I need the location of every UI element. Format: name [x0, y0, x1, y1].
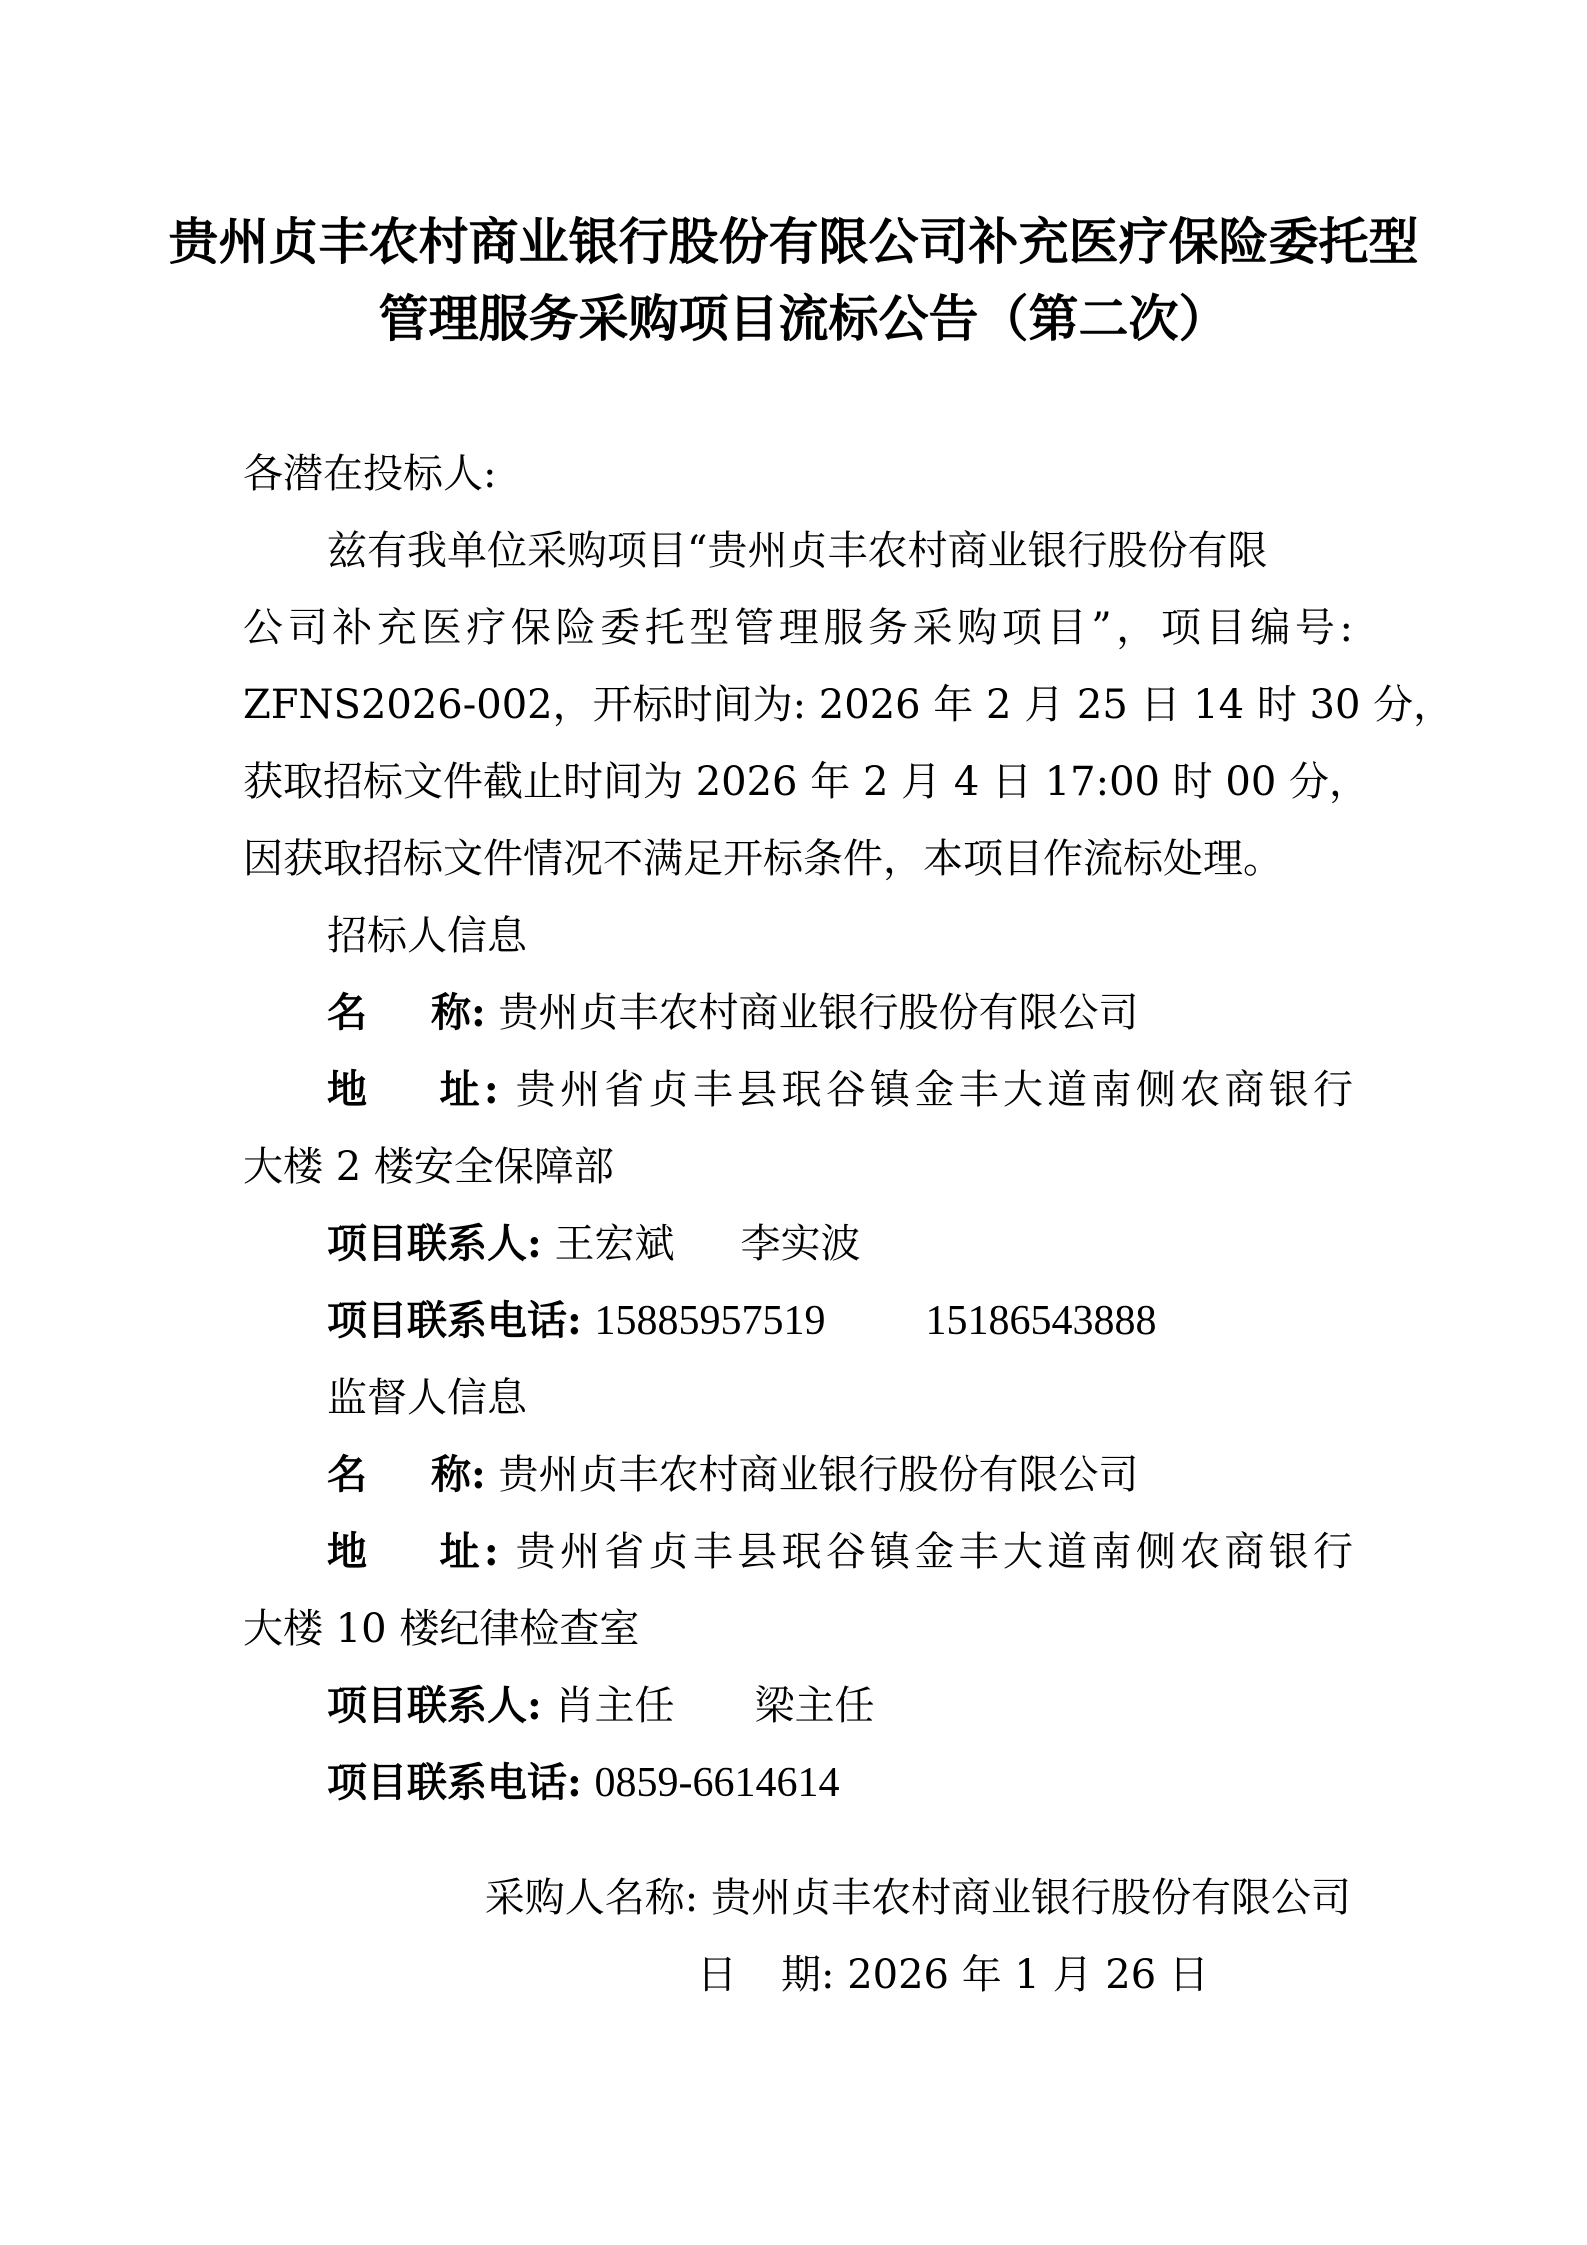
- purchaser-value: 贵州贞丰农村商业银行股份有限公司: [711, 1875, 1351, 1921]
- document-title-line-1: 贵州贞丰农村商业银行股份有限公司补充医疗保险委托型: [0, 212, 1587, 272]
- date-label-1: 日: [697, 1952, 737, 1998]
- tenderer-name-label-2: 称:: [431, 989, 486, 1036]
- tenderer-contacts-label: 项目联系人:: [327, 1220, 542, 1267]
- tenderer-contact-2: 李实波: [740, 1221, 860, 1267]
- tenderer-heading: 招标人信息: [327, 911, 527, 961]
- supervisor-contact-1: 肖主任: [554, 1683, 674, 1729]
- tenderer-phones-row: 项目联系电话: 1588595751915186543888: [327, 1296, 1156, 1346]
- tenderer-address-value-line-1: 贵州省贞丰县珉谷镇金丰大道南侧农商银行: [516, 1067, 1353, 1113]
- tenderer-address-label-1: 地: [327, 1066, 371, 1113]
- salutation: 各潜在投标人:: [243, 449, 496, 499]
- supervisor-address-row: 地址: 贵州省贞丰县珉谷镇金丰大道南侧农商银行: [327, 1527, 1353, 1577]
- tenderer-name-label-1: 名: [327, 989, 367, 1036]
- purchaser-label: 采购人名称:: [485, 1875, 698, 1921]
- tenderer-contacts-row: 项目联系人: 王宏斌李实波: [327, 1219, 860, 1269]
- tenderer-phone-2: 15186543888: [925, 1298, 1156, 1344]
- tenderer-phone-1: 15885957519: [594, 1298, 825, 1344]
- supervisor-address-value-line-1: 贵州省贞丰县珉谷镇金丰大道南侧农商银行: [516, 1529, 1353, 1575]
- tenderer-address-label-2: 址:: [435, 1066, 498, 1113]
- supervisor-name-label-1: 名: [327, 1451, 367, 1498]
- body-paragraph-line-2: 公司补充医疗保险委托型管理服务采购项目”，项目编号:: [243, 603, 1353, 653]
- supervisor-name-row: 名称: 贵州贞丰农村商业银行股份有限公司: [327, 1450, 1138, 1500]
- tenderer-address-row: 地址: 贵州省贞丰县珉谷镇金丰大道南侧农商银行: [327, 1065, 1353, 1115]
- supervisor-name-label-2: 称:: [431, 1451, 486, 1498]
- body-paragraph-line-4: 获取招标文件截止时间为 2026 年 2 月 4 日 17:00 时 00 分，: [243, 757, 1353, 807]
- tenderer-phones-label: 项目联系电话:: [327, 1297, 582, 1344]
- supervisor-name-value: 贵州贞丰农村商业银行股份有限公司: [498, 1452, 1138, 1498]
- date-value: 2026 年 1 月 26 日: [847, 1952, 1209, 1998]
- body-paragraph-line-1: 兹有我单位采购项目“贵州贞丰农村商业银行股份有限: [327, 526, 1267, 576]
- date-row: 日期: 2026 年 1 月 26 日: [697, 1950, 1209, 2000]
- date-label-2: 期:: [781, 1952, 834, 1998]
- supervisor-phones-row: 项目联系电话: 0859-6614614: [327, 1758, 839, 1808]
- tenderer-address-value-line-2: 大楼 2 楼安全保障部: [243, 1142, 614, 1192]
- tenderer-name-value: 贵州贞丰农村商业银行股份有限公司: [498, 990, 1138, 1036]
- supervisor-address-label-2: 址:: [435, 1528, 498, 1575]
- body-paragraph-line-3: ZFNS2026-002，开标时间为: 2026 年 2 月 25 日 14 时…: [243, 680, 1353, 730]
- supervisor-address-label-1: 地: [327, 1528, 371, 1575]
- supervisor-phone-1: 0859-6614614: [594, 1760, 839, 1806]
- purchaser-row: 采购人名称: 贵州贞丰农村商业银行股份有限公司: [485, 1873, 1351, 1923]
- tenderer-name-row: 名称: 贵州贞丰农村商业银行股份有限公司: [327, 988, 1138, 1038]
- document-title-line-2: 管理服务采购项目流标公告（第二次）: [0, 289, 1587, 349]
- supervisor-contact-2: 梁主任: [754, 1683, 874, 1729]
- tenderer-contact-1: 王宏斌: [554, 1221, 674, 1267]
- supervisor-heading: 监督人信息: [327, 1373, 527, 1423]
- supervisor-address-value-line-2: 大楼 10 楼纪律检查室: [243, 1604, 639, 1654]
- supervisor-contacts-label: 项目联系人:: [327, 1682, 542, 1729]
- supervisor-phones-label: 项目联系电话:: [327, 1759, 582, 1806]
- body-paragraph-line-5: 因获取招标文件情况不满足开标条件，本项目作流标处理。: [243, 834, 1283, 884]
- supervisor-contacts-row: 项目联系人: 肖主任梁主任: [327, 1681, 874, 1731]
